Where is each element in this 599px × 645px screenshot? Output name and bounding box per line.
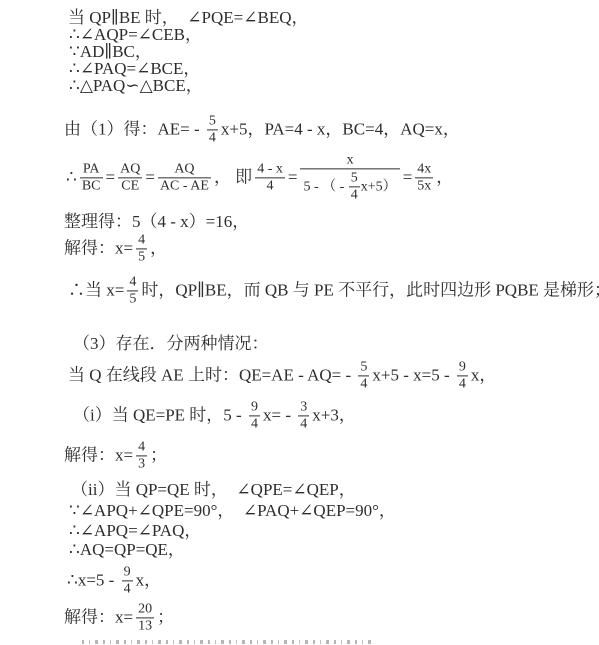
text-segment: 由（1）得：AE= - bbox=[64, 120, 204, 140]
math-line-14: 解得：x= 4 3 ； bbox=[64, 439, 167, 472]
math-line-12: 当 Q 在线段 AE 上时：QE=AE - AQ= - 5 4 x+5 - x=… bbox=[68, 359, 496, 392]
text-segment: ； bbox=[150, 446, 167, 466]
text-segment: 时，QP∥BE，而 QB 与 PE 不平行，此时四边形 PQBE 是梯形； bbox=[141, 281, 599, 301]
fraction-numerator: 4 bbox=[127, 274, 138, 290]
fraction: 5 4 bbox=[349, 170, 360, 203]
clipped-text-row bbox=[82, 640, 372, 644]
math-line-16: ∵∠APQ+∠QPE=90°， ∠PAQ+∠QEP=90°， bbox=[69, 501, 396, 521]
fraction-numerator: 9 bbox=[249, 399, 260, 415]
math-line-10: ∴当 x= 4 5 时，QP∥BE，而 QB 与 PE 不平行，此时四边形 PQ… bbox=[68, 274, 599, 307]
text-segment: ∴AQ=QP=QE， bbox=[69, 540, 185, 560]
text-segment: ， bbox=[436, 168, 453, 188]
math-solution-page: 当 QP∥BE 时， ∠PQE=∠BEQ， ∴∠AQP=∠CEB， ∵AD∥BC… bbox=[0, 0, 599, 645]
fraction-denominator: 4 bbox=[457, 376, 468, 393]
fraction: 4 5 bbox=[136, 232, 147, 265]
fraction: 20 13 bbox=[136, 601, 154, 634]
fraction-numerator: 9 bbox=[457, 359, 468, 375]
text-segment: ， bbox=[150, 239, 167, 259]
math-line-11: （3）存在．分两种情况： bbox=[73, 334, 269, 354]
text-segment: = bbox=[403, 168, 413, 188]
fraction: 5 4 bbox=[207, 113, 218, 146]
fraction-numerator: 5 bbox=[349, 170, 360, 186]
text-segment: x， bbox=[471, 366, 497, 386]
fraction-denominator: 4 bbox=[298, 416, 309, 433]
fraction-denominator: 5 bbox=[127, 291, 138, 308]
math-line-19: ∴x=5 - 9 4 x， bbox=[67, 564, 161, 597]
fraction-numerator: 5 bbox=[207, 113, 218, 129]
fraction: AQ CE bbox=[118, 161, 142, 194]
text-segment: = bbox=[288, 168, 298, 188]
math-line-6: 由（1）得：AE= - 5 4 x+5，PA=4 - x，BC=4，AQ=x， bbox=[64, 113, 460, 146]
fraction-denominator: 5 - （ - 5 4 x+5） bbox=[300, 168, 399, 203]
fraction: 4 5 bbox=[127, 274, 138, 307]
fraction-denominator: 4 bbox=[207, 130, 218, 147]
fraction-denominator: 5x bbox=[415, 178, 433, 195]
text-segment: = bbox=[106, 168, 116, 188]
fraction-numerator: AQ bbox=[118, 161, 142, 177]
text-segment: ； bbox=[157, 608, 174, 628]
text-segment: x+3， bbox=[312, 406, 356, 426]
fraction-denominator: 5 bbox=[136, 249, 147, 266]
fraction-numerator: 4x bbox=[415, 161, 433, 177]
math-line-18: ∴AQ=QP=QE， bbox=[69, 540, 185, 560]
fraction-numerator: 9 bbox=[122, 564, 133, 580]
math-line-13: （i）当 QE=PE 时，5 - 9 4 x= - 3 4 x+3， bbox=[73, 399, 356, 432]
math-line-17: ∴∠APQ=∠PAQ， bbox=[69, 521, 201, 541]
fraction-numerator: PA bbox=[80, 161, 103, 177]
fraction: 4 3 bbox=[136, 439, 147, 472]
fraction-denominator: 4 bbox=[349, 187, 360, 204]
text-segment: ∴∠APQ=∠PAQ， bbox=[69, 521, 201, 541]
fraction-denominator: 3 bbox=[136, 456, 147, 473]
text-segment: x， bbox=[136, 571, 162, 591]
fraction: 9 4 bbox=[457, 359, 468, 392]
fraction: 3 4 bbox=[298, 399, 309, 432]
text-segment: ∴ bbox=[66, 168, 77, 188]
fraction-denominator: 13 bbox=[136, 618, 154, 635]
text-segment: ∵∠APQ+∠QPE=90°， ∠PAQ+∠QEP=90°， bbox=[69, 501, 396, 521]
math-line-5: ∴△PAQ∽△BCE， bbox=[69, 76, 203, 96]
text-segment: x+5） bbox=[361, 179, 397, 195]
text-segment: （ii）当 QP=QE 时， ∠QPE=∠QEP， bbox=[71, 480, 356, 500]
fraction-nested: x 5 - （ - 5 4 x+5） bbox=[300, 152, 399, 203]
fraction-denominator: BC bbox=[80, 178, 103, 195]
text-segment: ∴△PAQ∽△BCE， bbox=[69, 76, 203, 96]
fraction-numerator: 4 bbox=[136, 439, 147, 455]
fraction: 4x 5x bbox=[415, 161, 433, 194]
math-line-20: 解得：x= 20 13 ； bbox=[64, 601, 174, 634]
fraction-numerator: 4 bbox=[136, 232, 147, 248]
fraction-denominator: 4 bbox=[249, 416, 260, 433]
text-segment: 5 - （ - bbox=[303, 179, 347, 195]
fraction-denominator: AC - AE bbox=[158, 178, 211, 195]
fraction-denominator: 4 bbox=[122, 581, 133, 598]
fraction: 4 - x 4 bbox=[255, 161, 285, 194]
text-segment: （i）当 QE=PE 时，5 - bbox=[73, 406, 246, 426]
fraction-numerator: 5 bbox=[358, 359, 369, 375]
fraction-denominator: 4 bbox=[358, 376, 369, 393]
text-segment: ∴x=5 - bbox=[67, 571, 119, 591]
text-segment: x+5，PA=4 - x，BC=4，AQ=x， bbox=[221, 120, 460, 140]
fraction-numerator: 4 - x bbox=[255, 161, 285, 177]
fraction-denominator: CE bbox=[118, 178, 142, 195]
text-segment: （3）存在．分两种情况： bbox=[73, 334, 269, 354]
fraction-numerator: x bbox=[300, 152, 399, 168]
fraction-numerator: 3 bbox=[298, 399, 309, 415]
fraction-denominator: 4 bbox=[255, 178, 285, 195]
text-segment: 当 Q 在线段 AE 上时：QE=AE - AQ= - bbox=[68, 366, 355, 386]
text-segment: ∴当 x= bbox=[68, 281, 124, 301]
math-line-9: 解得：x= 4 5 ， bbox=[64, 232, 167, 265]
text-segment: x= - bbox=[263, 406, 295, 426]
math-line-15: （ii）当 QP=QE 时， ∠QPE=∠QEP， bbox=[71, 480, 356, 500]
math-line-8: 整理得：5（4 - x）=16， bbox=[64, 212, 249, 232]
text-segment: 解得：x= bbox=[64, 608, 133, 628]
fraction: 9 4 bbox=[249, 399, 260, 432]
text-segment: ， 即 bbox=[214, 168, 252, 188]
text-segment: = bbox=[145, 168, 155, 188]
text-segment: 解得：x= bbox=[64, 446, 133, 466]
fraction: AQ AC - AE bbox=[158, 161, 211, 194]
text-segment: x+5 - x=5 - bbox=[372, 366, 454, 386]
fraction: PA BC bbox=[80, 161, 103, 194]
fraction: 5 4 bbox=[358, 359, 369, 392]
fraction-numerator: AQ bbox=[158, 161, 211, 177]
fraction: 9 4 bbox=[122, 564, 133, 597]
fraction-numerator: 20 bbox=[136, 601, 154, 617]
text-segment: 整理得：5（4 - x）=16， bbox=[64, 212, 249, 232]
math-line-7: ∴ PA BC = AQ CE = AQ AC - AE ， 即 4 - x 4… bbox=[66, 152, 453, 203]
text-segment: 解得：x= bbox=[64, 239, 133, 259]
